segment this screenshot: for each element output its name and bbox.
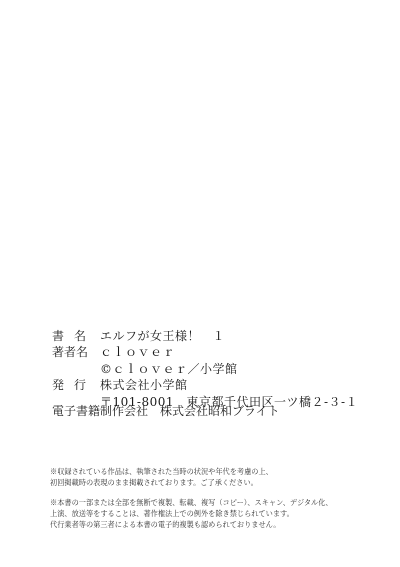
note-line: 代行業者等の第三者による本書の電子的複製も認められておりません。 <box>50 519 333 530</box>
publisher-label-char: 行 <box>74 376 86 393</box>
copyright-notice: ※本書の一部または全部を無断で複製、転載、複写（コピー）、スキャン、デジタル化、… <box>50 497 333 530</box>
title-label-char: 書 <box>52 327 64 344</box>
note-line: 初回掲載時の表現のまま掲載されております。ご了承ください。 <box>50 477 273 488</box>
note-line: 上演、放送等をすることは、著作権法上での例外を除き禁じられています。 <box>50 508 333 519</box>
publisher-label: 発 行 <box>52 376 86 393</box>
publisher-row: 発 行 株式会社小学館 <box>52 377 358 394</box>
colophon: 書 名 エルフが女王様！ １ 著者名 ｃｌｏｖｅｒ ©ｃｌｏｖｅｒ／小学館 発 … <box>52 327 358 410</box>
publisher-label-char: 発 <box>52 376 64 393</box>
title-row: 書 名 エルフが女王様！ １ <box>52 327 358 344</box>
copyright-row: ©ｃｌｏｖｅｒ／小学館 <box>52 360 358 377</box>
ebook-producer: 電子書籍制作会社 株式会社昭和ブライト <box>52 402 280 419</box>
note-line: ※本書の一部または全部を無断で複製、転載、複写（コピー）、スキャン、デジタル化、 <box>50 497 333 508</box>
title-value: エルフが女王様！ １ <box>100 327 225 344</box>
author-row: 著者名 ｃｌｏｖｅｒ <box>52 344 358 361</box>
title-label: 書 名 <box>52 327 86 344</box>
title-label-char: 名 <box>74 327 86 344</box>
note-line: ※収録されている作品は、執筆された当時の状況や年代を考慮の上、 <box>50 466 273 477</box>
publisher-value: 株式会社小学館 <box>100 376 188 393</box>
copyright-value: ©ｃｌｏｖｅｒ／小学館 <box>100 360 238 377</box>
content-note: ※収録されている作品は、執筆された当時の状況や年代を考慮の上、 初回掲載時の表現… <box>50 466 273 488</box>
author-label: 著者名 <box>52 343 100 360</box>
author-value: ｃｌｏｖｅｒ <box>100 343 175 360</box>
